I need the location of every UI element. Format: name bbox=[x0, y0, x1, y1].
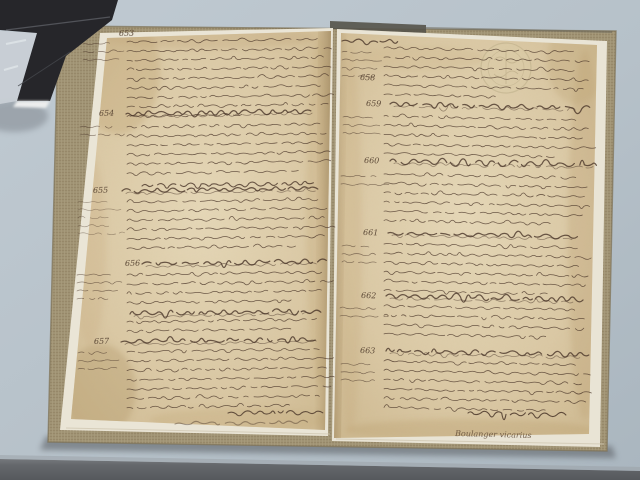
entry-number: 659 bbox=[366, 99, 381, 108]
entry-number: 661 bbox=[363, 228, 378, 237]
entry-number: 653 bbox=[119, 29, 135, 38]
archive-photo: 653654655656657 658659660661662663 Boula… bbox=[0, 0, 640, 480]
paper-sliver bbox=[13, 101, 50, 108]
photo-canvas: 653654655656657 658659660661662663 Boula… bbox=[0, 0, 640, 480]
book: 653654655656657 658659660661662663 Boula… bbox=[40, 10, 620, 460]
entry-number: 657 bbox=[94, 337, 110, 346]
entry-number: 656 bbox=[125, 259, 141, 268]
entry-number: 654 bbox=[99, 109, 115, 118]
entry-number: 658 bbox=[360, 73, 375, 82]
entry-number: 660 bbox=[364, 156, 379, 165]
embossed-seal bbox=[480, 42, 532, 94]
entry-number: 663 bbox=[360, 346, 375, 355]
entry-number: 662 bbox=[361, 291, 376, 300]
entry-number: 655 bbox=[93, 186, 109, 195]
